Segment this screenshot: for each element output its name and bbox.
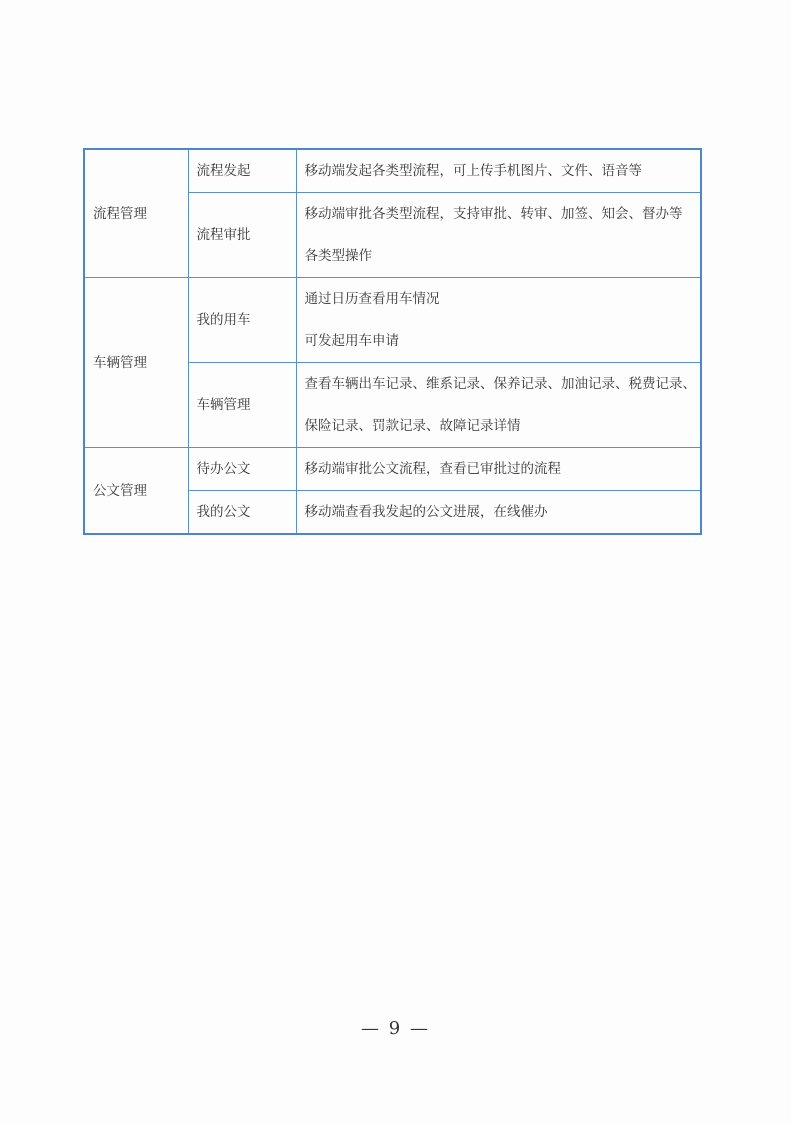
table-row: 流程管理 流程发起 移动端发起各类型流程，可上传手机图片、文件、语音等 (84, 149, 701, 193)
category-cell: 公文管理 (84, 448, 188, 535)
subcategory-cell: 流程发起 (188, 149, 296, 193)
document-page: 流程管理 流程发起 移动端发起各类型流程，可上传手机图片、文件、语音等 流程审批… (0, 0, 791, 1125)
subcategory-cell: 待办公文 (188, 448, 296, 491)
description-cell: 移动端发起各类型流程，可上传手机图片、文件、语音等 (296, 149, 701, 193)
subcategory-cell: 车辆管理 (188, 363, 296, 448)
page-number: — 9 — (0, 1018, 791, 1039)
description-line: 可发起用车申请 (305, 320, 693, 362)
subcategory-cell: 我的用车 (188, 278, 296, 363)
description-line: 通过日历查看用车情况 (305, 278, 693, 320)
description-line: 查看车辆出车记录、维系记录、保养记录、加油记录、税费记录、 (305, 363, 693, 405)
subcategory-cell: 流程审批 (188, 193, 296, 278)
category-cell: 流程管理 (84, 149, 188, 278)
description-cell: 查看车辆出车记录、维系记录、保养记录、加油记录、税费记录、 保险记录、罚款记录、… (296, 363, 701, 448)
description-line: 移动端查看我发起的公文进展，在线催办 (305, 491, 693, 533)
table-row: 车辆管理 我的用车 通过日历查看用车情况 可发起用车申请 (84, 278, 701, 363)
description-cell: 通过日历查看用车情况 可发起用车申请 (296, 278, 701, 363)
description-line: 移动端审批各类型流程，支持审批、转审、加签、知会、督办等 (305, 193, 693, 235)
subcategory-cell: 我的公文 (188, 491, 296, 535)
description-line: 移动端发起各类型流程，可上传手机图片、文件、语音等 (305, 150, 693, 192)
category-cell: 车辆管理 (84, 278, 188, 448)
description-cell: 移动端审批各类型流程，支持审批、转审、加签、知会、督办等 各类型操作 (296, 193, 701, 278)
description-line: 保险记录、罚款记录、故障记录详情 (305, 405, 693, 447)
feature-table: 流程管理 流程发起 移动端发起各类型流程，可上传手机图片、文件、语音等 流程审批… (83, 148, 702, 535)
description-cell: 移动端查看我发起的公文进展，在线催办 (296, 491, 701, 535)
description-line: 各类型操作 (305, 235, 693, 277)
description-line: 移动端审批公文流程，查看已审批过的流程 (305, 448, 693, 490)
description-cell: 移动端审批公文流程，查看已审批过的流程 (296, 448, 701, 491)
table-row: 公文管理 待办公文 移动端审批公文流程，查看已审批过的流程 (84, 448, 701, 491)
